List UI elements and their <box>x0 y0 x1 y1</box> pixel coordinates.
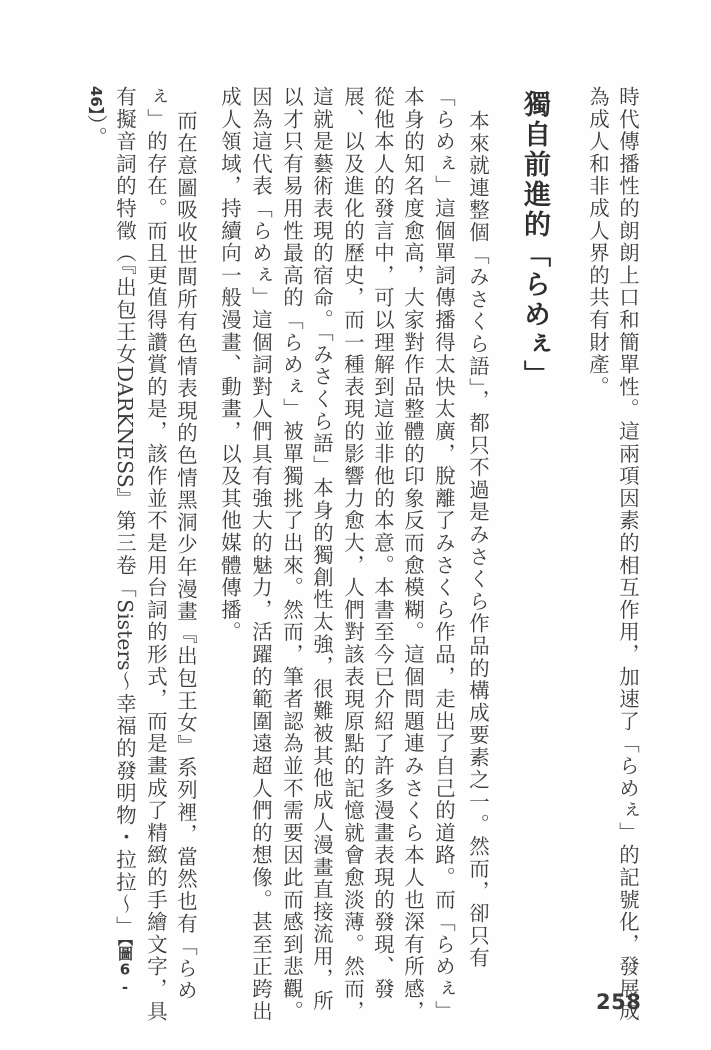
text-column-body-13: 46】）。 <box>84 86 108 149</box>
text-column-body-6: 這就是藝術表現的宿命。「みさくら語」本身的獨創性太強，很難被其他成人漫畫直接流用… <box>310 86 334 1012</box>
book-page: 時代傳播性的朗朗上口和簡單性。這兩項因素的相互作用，加速了「らめぇ」的記號化，發… <box>0 0 711 1050</box>
page-number: 258 <box>596 990 641 1014</box>
latin-subtitle: Sisters <box>113 599 137 670</box>
text-column-body-2: 「らめぇ」這個單詞傳播得太快太廣，脫離了みさくら作品，走出了自己的道路。而「らめ… <box>432 86 456 1023</box>
text-column-body-8: 因為這代表「らめぇ」這個詞對人們具有強大的魅力，活躍的範圍遠超人們的想像。甚至正… <box>249 86 273 1023</box>
text-column-body-12: 有擬音詞的特徵（『出包王女DARKNESS』第三卷「Sisters～幸福的發明物… <box>113 86 137 997</box>
section-heading: 獨自前進的「らめぇ」 <box>518 90 550 390</box>
figure-reference-end: 46】 <box>87 86 105 114</box>
text-column-body-5: 展、以及進化的歷史，而一種表現的影響力愈大，人們對該表現原點的記憶就會愈淡薄。然… <box>341 86 365 1023</box>
text-column-body-1: 本來就連整個「みさくら語」，都只不過是みさくら作品的構成要素之一。然而，卻只有 <box>466 110 490 970</box>
text-segment: 有擬音詞的特徵（『出包王女 <box>113 86 137 366</box>
text-column-body-9: 成人領域，持續向一般漫畫、動畫，以及其他媒體傳播。 <box>218 86 242 644</box>
text-column-body-11: ぇ」的存在。而且更值得讚賞的是，該作並不是用台詞的形式，而是畫成了精緻的手繪文字… <box>144 86 168 1023</box>
text-column-body-4: 從他本人的發言中，可以理解到這並非他的本意。本書至今已介紹了許多漫畫表現的發現、… <box>371 86 395 1000</box>
text-column-body-3: 本身的知名度愈高，大家對作品整體的印象反而愈模糊。這個問題連みさくら本人也深有所… <box>401 86 425 1023</box>
text-column-intro-2: 為成人和非成人界的共有財產。 <box>586 86 610 398</box>
text-column-body-10: 而在意圖吸收世間所有色情表現的色情黑洞少年漫畫『出包王女』系列裡，當然也有「らめ <box>174 110 198 1002</box>
latin-title: DARKNESS <box>113 366 137 488</box>
text-column-body-7: 以才只有易用性最高的「らめぇ」被單獨挑了出來。然而，筆者認為並不需要因此而感到悲… <box>280 86 304 1023</box>
text-segment: ）。 <box>84 114 108 148</box>
text-column-intro-1: 時代傳播性的朗朗上口和簡單性。這兩項因素的相互作用，加速了「らめぇ」的記號化，發… <box>616 86 640 1023</box>
text-segment: 』第三卷「 <box>113 488 137 600</box>
text-segment: ～幸福的發明物・拉拉～」 <box>113 671 137 939</box>
figure-reference: 【圖6- <box>116 938 134 997</box>
